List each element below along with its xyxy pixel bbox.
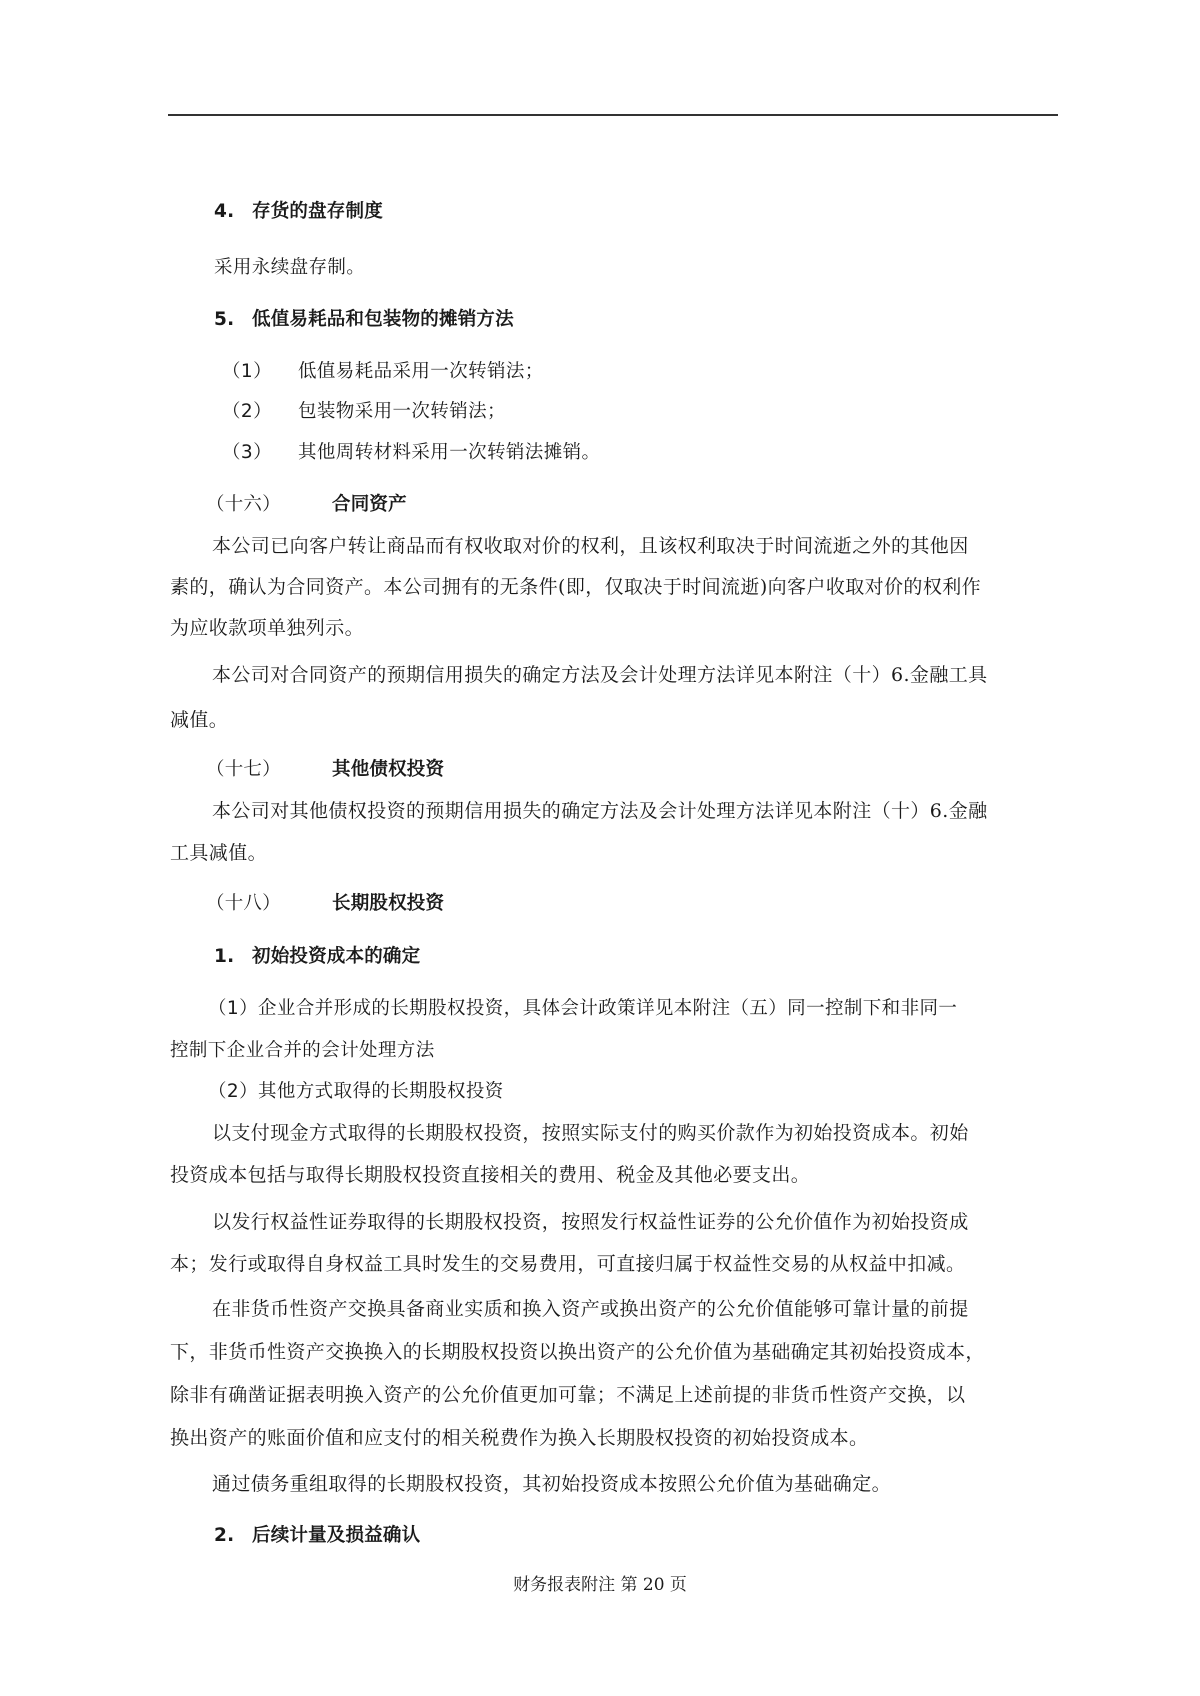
paragraph-line: 本公司对其他债权投资的预期信用损失的确定方法及会计处理方法详见本附注（十）6.金… xyxy=(212,799,988,823)
list-item: （2）包装物采用一次转销法； xyxy=(222,400,506,424)
paragraph-line: 投资成本包括与取得长期股权投资直接相关的费用、税金及其他必要支出。 xyxy=(170,1163,810,1187)
paragraph-line: 在非货币性资产交换具备商业实质和换入资产或换出资产的公允价值能够可靠计量的前提 xyxy=(212,1297,969,1321)
paragraph-line: 工具减值。 xyxy=(170,841,267,865)
paragraph-line: 减值。 xyxy=(170,708,228,732)
list-item: （1）低值易耗品采用一次转销法； xyxy=(222,360,544,384)
section-heading: 5.低值易耗品和包装物的摊销方法 xyxy=(214,308,514,332)
section-heading-17: （十七）其他债权投资 xyxy=(206,758,444,782)
paragraph-line: 为应收款项单独列示。 xyxy=(170,616,364,640)
paragraph: 采用永续盘存制。 xyxy=(214,256,365,280)
paragraph-line: （2）其他方式取得的长期股权投资 xyxy=(208,1080,504,1104)
paragraph-line: 换出资产的账面价值和应支付的相关税费作为换入长期股权投资的初始投资成本。 xyxy=(170,1426,868,1450)
paragraph-line: 下，非货币性资产交换换入的长期股权投资以换出资产的公允价值为基础确定其初始投资成… xyxy=(170,1340,985,1364)
paragraph-line: 素的，确认为合同资产。本公司拥有的无条件(即，仅取决于时间流逝)向客户收取对价的… xyxy=(170,575,981,599)
paragraph-line: 本；发行或取得自身权益工具时发生的交易费用，可直接归属于权益性交易的从权益中扣减… xyxy=(170,1252,965,1276)
paragraph-line: 以支付现金方式取得的长期股权投资，按照实际支付的购买价款作为初始投资成本。初始 xyxy=(212,1121,969,1145)
paragraph-line: 本公司已向客户转让商品而有权收取对价的权利，且该权利取决于时间流逝之外的其他因 xyxy=(212,534,969,558)
section-heading-18: （十八）长期股权投资 xyxy=(206,892,444,916)
paragraph-line: 控制下企业合并的会计处理方法 xyxy=(170,1039,435,1063)
page-footer: 财务报表附注 第 20 页 xyxy=(0,1570,1200,1595)
section-heading-16: （十六）合同资产 xyxy=(206,493,407,517)
header-rule xyxy=(168,114,1058,116)
paragraph-line: （1）企业合并形成的长期股权投资，具体会计政策详见本附注（五）同一控制下和非同一 xyxy=(208,997,957,1021)
list-item: （3）其他周转材料采用一次转销法摊销。 xyxy=(222,441,600,465)
section-heading: 4.存货的盘存制度 xyxy=(214,200,383,224)
subsection-heading: 2.后续计量及损益确认 xyxy=(214,1524,420,1548)
paragraph-line: 除非有确凿证据表明换入资产的公允价值更加可靠；不满足上述前提的非货币性资产交换，… xyxy=(170,1383,965,1407)
subsection-heading: 1.初始投资成本的确定 xyxy=(214,945,420,969)
paragraph-line: 以发行权益性证券取得的长期股权投资，按照发行权益性证券的公允价值作为初始投资成 xyxy=(212,1210,969,1234)
paragraph-line: 本公司对合同资产的预期信用损失的确定方法及会计处理方法详见本附注（十）6.金融工… xyxy=(212,663,988,687)
paragraph-line: 通过债务重组取得的长期股权投资，其初始投资成本按照公允价值为基础确定。 xyxy=(212,1472,891,1496)
